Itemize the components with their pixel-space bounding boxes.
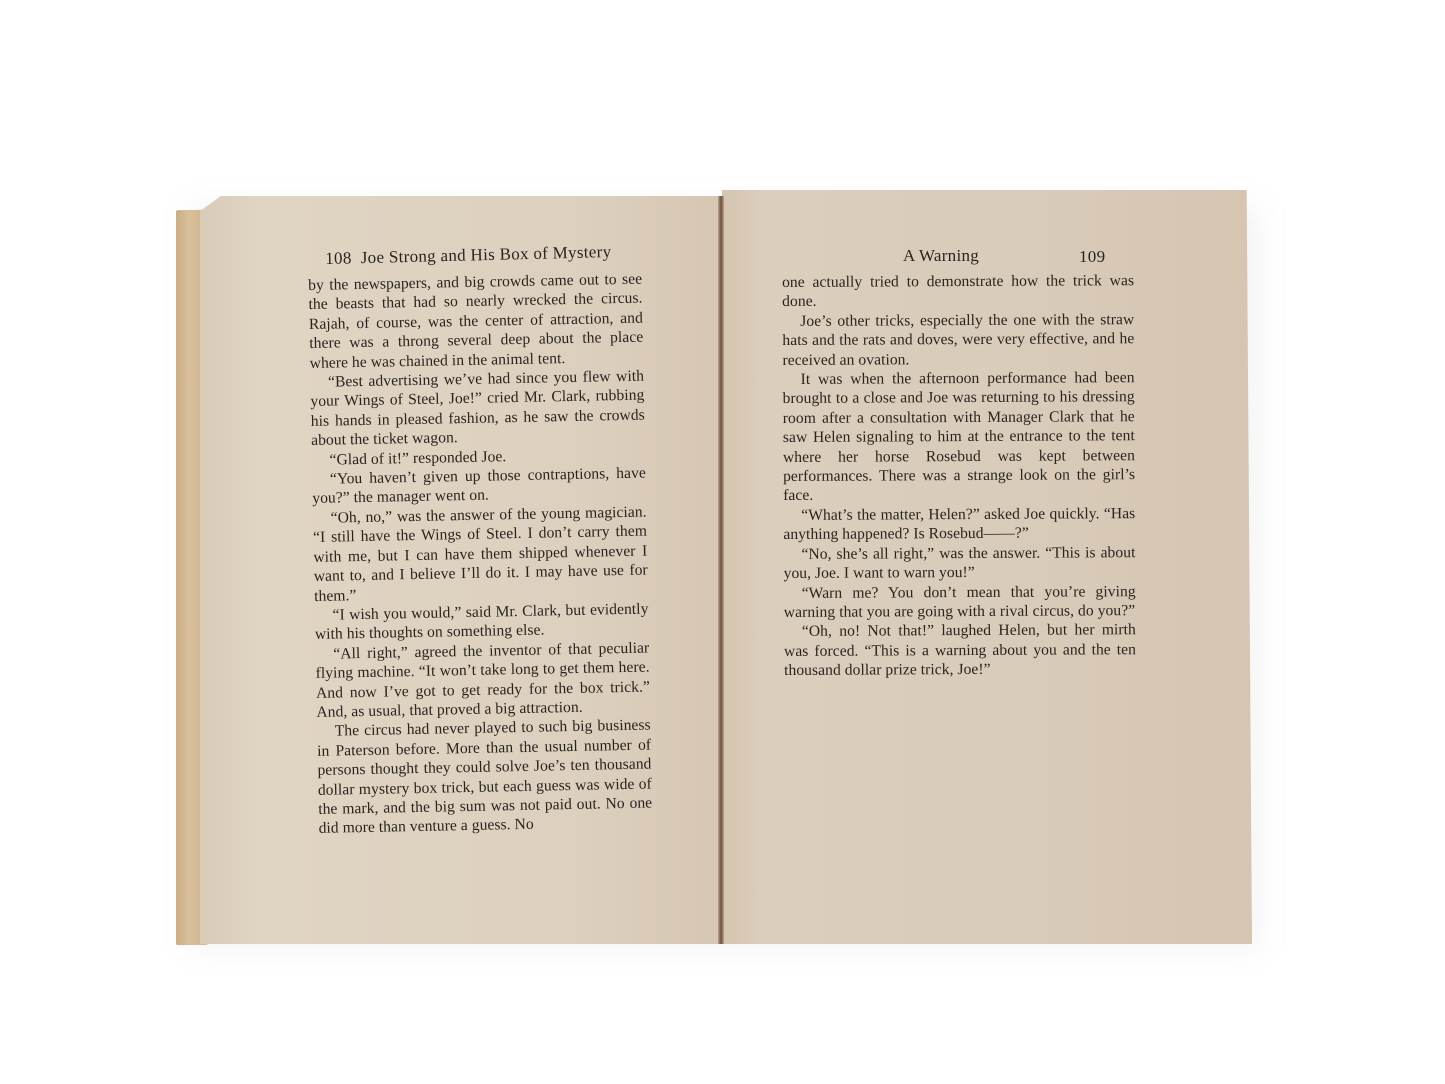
- open-book: 108 Joe Strong and His Box of Mystery by…: [0, 0, 1445, 1084]
- paragraph: “No, she’s all right,” was the answer. “…: [783, 543, 1135, 584]
- left-running-head: 108 Joe Strong and His Box of Mystery: [325, 242, 612, 269]
- book-gutter: [718, 196, 724, 944]
- right-running-title: A Warning: [903, 246, 979, 266]
- paragraph: “What’s the matter, Helen?” asked Joe qu…: [783, 504, 1135, 545]
- paragraph: “All right,” agreed the inventor of that…: [315, 638, 650, 722]
- paragraph: “I wish you would,” said Mr. Clark, but …: [314, 599, 649, 644]
- paragraph: It was when the afternoon performance ha…: [783, 368, 1136, 506]
- right-page-number: 109: [1079, 247, 1105, 267]
- paragraph: The circus had never played to such big …: [317, 716, 653, 839]
- left-running-title: Joe Strong and His Box of Mystery: [361, 242, 612, 267]
- right-page-body: one actually tried to demonstrate how th…: [782, 271, 1136, 680]
- left-page: 108 Joe Strong and His Box of Mystery by…: [200, 196, 724, 944]
- paragraph: Joe’s other tricks, especially the one w…: [782, 310, 1134, 370]
- paragraph: by the newspapers, and big crowds came o…: [308, 270, 644, 373]
- right-page: A Warning 109 one actually tried to demo…: [722, 190, 1252, 944]
- paragraph: “Oh, no! Not that!” laughed Helen, but h…: [784, 620, 1136, 680]
- left-page-number: 108: [325, 248, 352, 268]
- left-page-body: by the newspapers, and big crowds came o…: [308, 270, 653, 839]
- paragraph: one actually tried to demonstrate how th…: [782, 271, 1134, 312]
- paragraph: “You haven’t given up those contraptions…: [312, 464, 647, 509]
- paragraph: “Warn me? You don’t mean that you’re giv…: [784, 582, 1136, 623]
- paragraph: “Oh, no,” was the answer of the young ma…: [312, 502, 648, 605]
- paragraph: “Best advertising we’ve had since you fl…: [310, 367, 645, 451]
